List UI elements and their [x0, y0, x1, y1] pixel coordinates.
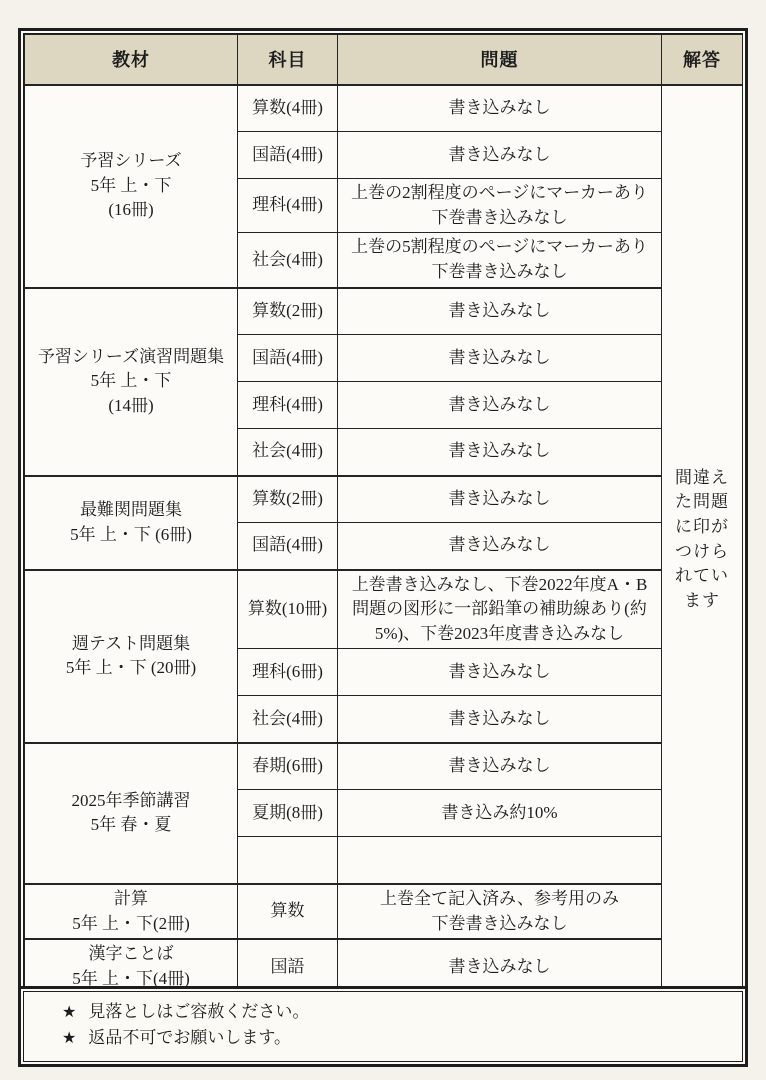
scanned-document-page: 教材 科目 問題 解答 予習シリーズ 5年 上・下 (16冊) 算数(4冊) 書… [0, 0, 766, 1080]
problem-cell: 上巻の5割程度のページにマーカーあり 下巻書き込みなし [338, 233, 662, 288]
material-cell: 計算 5年 上・下(2冊) [25, 884, 238, 939]
problem-cell: 上巻の2割程度のページにマーカーあり 下巻書き込みなし [338, 179, 662, 233]
table-row: 2025年季節講習 5年 春・夏 春期(6冊) 書き込みなし [25, 743, 743, 790]
materials-table: 教材 科目 問題 解答 予習シリーズ 5年 上・下 (16冊) 算数(4冊) 書… [24, 34, 743, 995]
subject-cell: 算数(4冊) [238, 85, 338, 132]
header-row: 教材 科目 問題 解答 [25, 35, 743, 85]
col-header-answer: 解答 [662, 35, 743, 85]
subject-cell: 国語(4冊) [238, 523, 338, 570]
problem-cell: 上巻全て記入済み、参考用のみ 下巻書き込みなし [338, 884, 662, 939]
footer-note-text: 見落としはご容赦ください。 [88, 1002, 309, 1021]
problem-cell: 書き込みなし [338, 382, 662, 429]
col-header-problem: 問題 [338, 35, 662, 85]
footer-notes-frame: ★見落としはご容赦ください。 ★返品不可でお願いします。 [18, 986, 748, 1067]
problem-cell: 書き込みなし [338, 85, 662, 132]
table-row: 予習シリーズ演習問題集 5年 上・下 (14冊) 算数(2冊) 書き込みなし [25, 288, 743, 335]
subject-cell [238, 837, 338, 884]
subject-cell: 夏期(8冊) [238, 790, 338, 837]
answer-note-cell: 間違えた問題に印がつけられています [662, 85, 743, 995]
subject-cell: 国語(4冊) [238, 132, 338, 179]
materials-table-frame: 教材 科目 問題 解答 予習シリーズ 5年 上・下 (16冊) 算数(4冊) 書… [18, 28, 748, 1001]
star-icon: ★ [62, 1000, 76, 1025]
table-row: 週テスト問題集 5年 上・下 (20冊) 算数(10冊) 上巻書き込みなし、下巻… [25, 570, 743, 649]
subject-cell: 国語(4冊) [238, 335, 338, 382]
material-cell: 予習シリーズ演習問題集 5年 上・下 (14冊) [25, 288, 238, 476]
col-header-material: 教材 [25, 35, 238, 85]
subject-cell: 理科(6冊) [238, 649, 338, 696]
problem-cell: 書き込みなし [338, 429, 662, 476]
subject-cell: 春期(6冊) [238, 743, 338, 790]
col-header-subject: 科目 [238, 35, 338, 85]
material-cell: 2025年季節講習 5年 春・夏 [25, 743, 238, 884]
subject-cell: 社会(4冊) [238, 429, 338, 476]
subject-cell: 算数(10冊) [238, 570, 338, 649]
problem-cell: 書き込みなし [338, 335, 662, 382]
problem-cell: 書き込みなし [338, 743, 662, 790]
footer-notes-box: ★見落としはご容赦ください。 ★返品不可でお願いします。 [23, 991, 743, 1062]
material-cell: 最難関問題集 5年 上・下 (6冊) [25, 476, 238, 570]
star-icon: ★ [62, 1026, 76, 1051]
table-row: 計算 5年 上・下(2冊) 算数 上巻全て記入済み、参考用のみ 下巻書き込みなし [25, 884, 743, 939]
materials-table-inner-frame: 教材 科目 問題 解答 予習シリーズ 5年 上・下 (16冊) 算数(4冊) 書… [23, 33, 743, 996]
material-cell: 予習シリーズ 5年 上・下 (16冊) [25, 85, 238, 288]
problem-cell: 書き込みなし [338, 288, 662, 335]
problem-cell: 書き込み約10% [338, 790, 662, 837]
problem-cell: 書き込みなし [338, 649, 662, 696]
subject-cell: 算数(2冊) [238, 476, 338, 523]
problem-cell: 書き込みなし [338, 132, 662, 179]
problem-cell: 書き込みなし [338, 523, 662, 570]
footer-note-text: 返品不可でお願いします。 [88, 1028, 291, 1047]
problem-cell: 書き込みなし [338, 696, 662, 743]
subject-cell: 社会(4冊) [238, 233, 338, 288]
table-row: 予習シリーズ 5年 上・下 (16冊) 算数(4冊) 書き込みなし 間違えた問題… [25, 85, 743, 132]
material-cell: 週テスト問題集 5年 上・下 (20冊) [25, 570, 238, 743]
subject-cell: 理科(4冊) [238, 382, 338, 429]
footer-note: ★見落としはご容赦ください。 [62, 999, 732, 1025]
footer-note: ★返品不可でお願いします。 [62, 1025, 732, 1051]
subject-cell: 理科(4冊) [238, 179, 338, 233]
problem-cell [338, 837, 662, 884]
subject-cell: 算数(2冊) [238, 288, 338, 335]
problem-cell: 上巻書き込みなし、下巻2022年度A・B問題の図形に一部鉛筆の補助線あり(約5%… [338, 570, 662, 649]
subject-cell: 算数 [238, 884, 338, 939]
problem-cell: 書き込みなし [338, 476, 662, 523]
subject-cell: 社会(4冊) [238, 696, 338, 743]
table-row: 最難関問題集 5年 上・下 (6冊) 算数(2冊) 書き込みなし [25, 476, 743, 523]
